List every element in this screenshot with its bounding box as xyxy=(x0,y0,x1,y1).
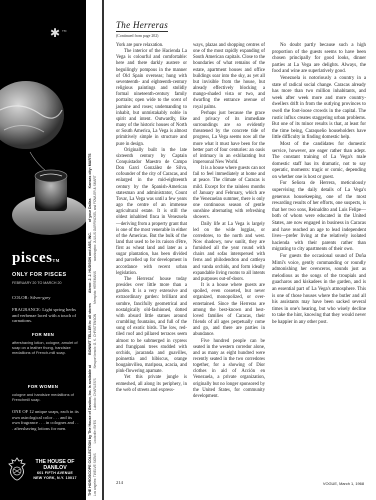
advertisement-panel: ✱ TM piscesTM ONLY FOR xyxy=(0,0,86,500)
paragraph: The interior of the Hacienda La Vega is … xyxy=(116,49,187,148)
article: The Herreras (Continued from page 202) Y… xyxy=(106,0,376,500)
ad-color-line: COLOR: Silver-grey xyxy=(12,295,80,300)
ad-fragrance-line: FRAGRANCE: Light spring herbs and verben… xyxy=(12,307,80,324)
article-column-3: No doubt partly because such a high prop… xyxy=(272,43,366,327)
paragraph: For guests the occasional sound of Doña … xyxy=(272,254,366,327)
paragraph: The Herreras' house today presides over … xyxy=(116,277,187,376)
ad-dates: FEBRUARY 20 TO MARCH 20 xyxy=(12,281,61,285)
danilov-crest-icon xyxy=(6,457,28,481)
for-men-heading: FOR MEN xyxy=(0,332,86,337)
article-column-2: ways, plazas and shopping centres of one… xyxy=(193,43,265,400)
zodiac-star-logo-icon: ✱ xyxy=(50,26,60,40)
paragraph: For Señora de Herrera, meticulously supe… xyxy=(272,181,366,254)
page-number: 214 xyxy=(116,480,123,485)
for-women-text: cologne and handsize medallions of Frenc… xyxy=(12,392,80,402)
paragraph: Most of the candidates for domestic serv… xyxy=(272,142,366,182)
paragraph: No doubt partly because such a high prop… xyxy=(272,43,366,76)
ad-unique-text: ONE OF 12 unique soaps, each in its own … xyxy=(12,409,80,431)
paragraph: Five hundred people can be seated in the… xyxy=(193,339,265,401)
paragraph: Perhaps just because the grace and priva… xyxy=(193,111,265,166)
article-column-1: York are pure relaxation. The interior o… xyxy=(116,43,187,394)
for-women-heading: FOR WOMEN xyxy=(0,384,86,389)
column-divider-rule xyxy=(103,0,104,500)
for-men-text: aftershaving lotion, cologne, amulet of … xyxy=(12,340,80,356)
paragraph: Venezuela is notoriously a country in a … xyxy=(272,76,366,142)
paragraph: Daily life at La Vega is largely led on … xyxy=(193,222,265,284)
paragraph: It is a house where guests are spoiled, … xyxy=(193,283,265,338)
company-address: THE HOUSE OF DANILOV 601 FIFTH AVENUE NE… xyxy=(26,459,84,480)
issue-line: VOGUE, March 1, 1968 xyxy=(323,481,364,486)
paragraph: It is a house where guests can not fail … xyxy=(193,166,265,221)
continued-note: (Continued from page 202) xyxy=(116,34,158,38)
paragraph: ways, plazas and shopping centres of one… xyxy=(193,43,265,111)
paragraph: Yet this private jungle is enmeshed, all… xyxy=(116,375,187,393)
retailer-credits-strip: THE HOROSCOPE COLLECTION by The House of… xyxy=(86,0,103,500)
credits-line-2: Los angeles: TWELVE SIGNSLouisville: BYE… xyxy=(93,4,98,496)
soap-product-photo xyxy=(0,80,86,250)
trademark-mark: TM xyxy=(62,29,66,33)
product-name: piscesTM xyxy=(12,250,60,267)
article-title: The Herreras xyxy=(116,20,168,32)
ad-headline: ONLY FOR PISCES xyxy=(12,272,67,278)
paragraph: Originally built in the late sixteenth c… xyxy=(116,148,187,277)
